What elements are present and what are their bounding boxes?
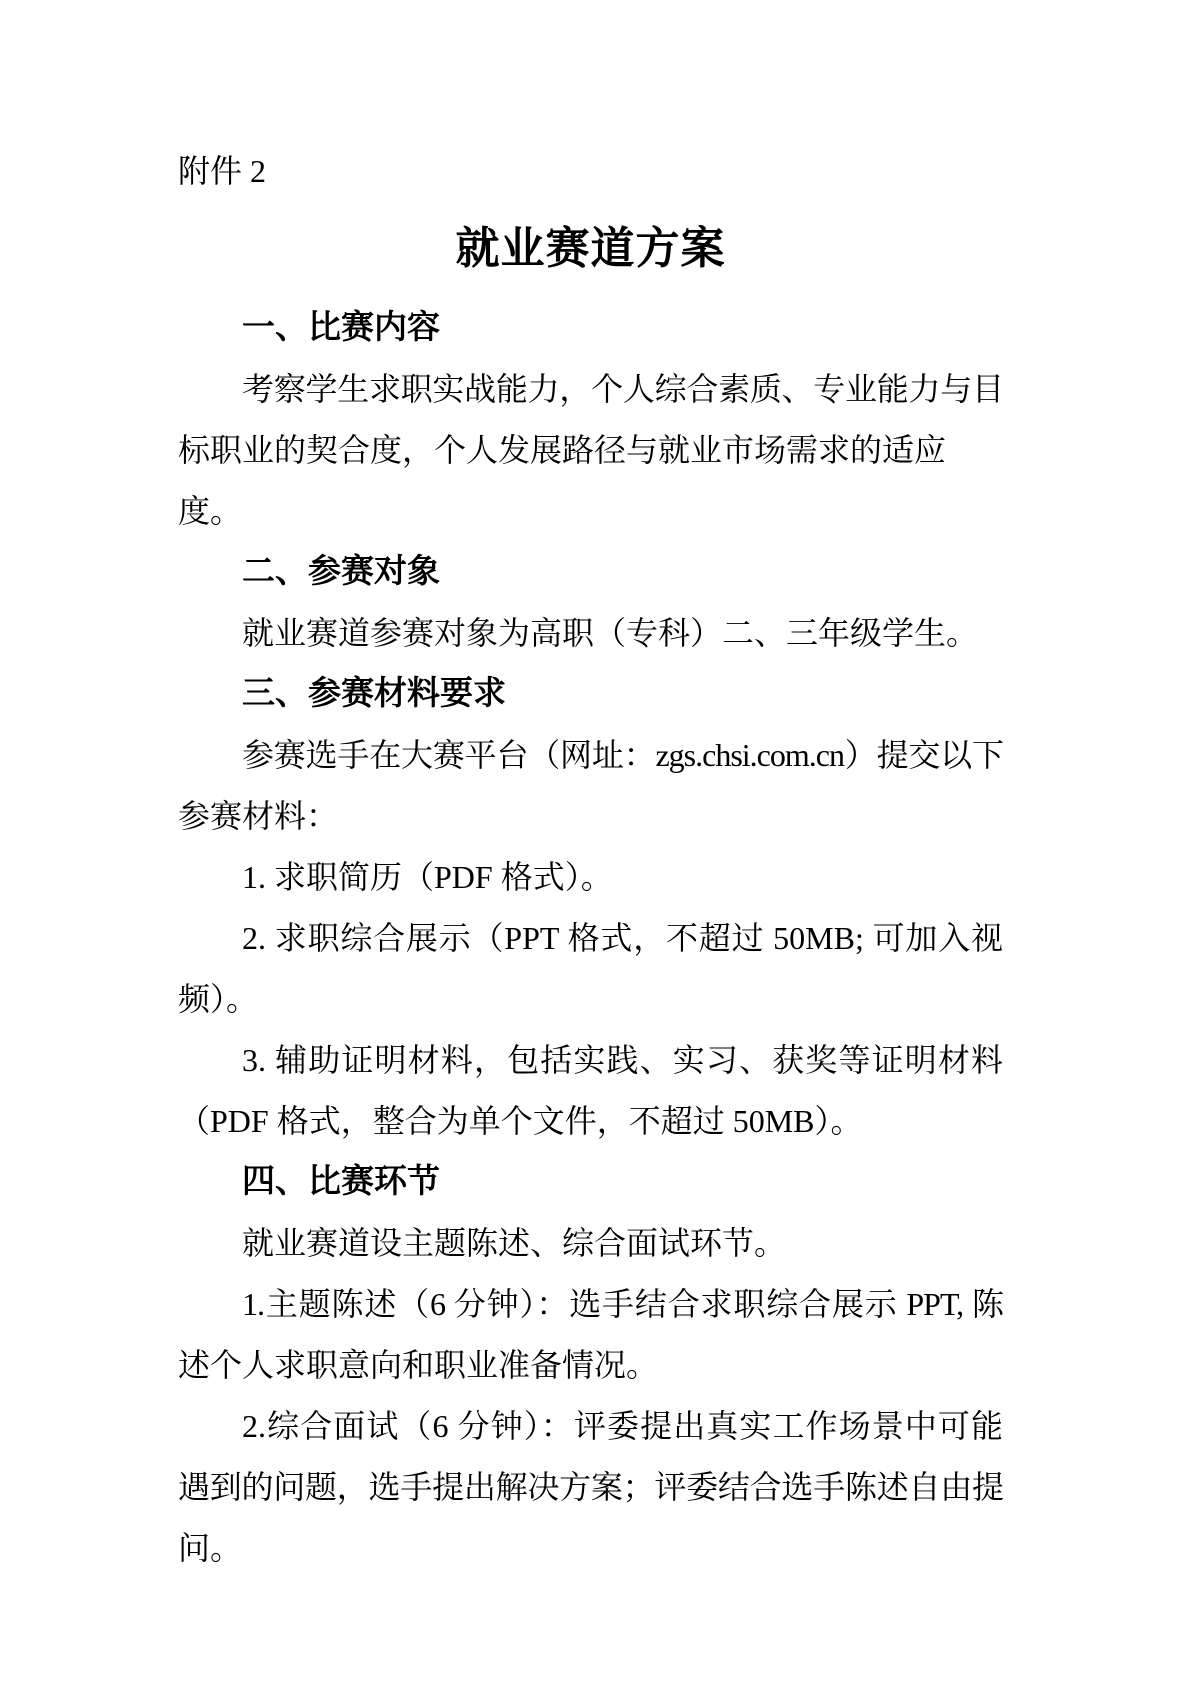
section-heading-1: 一、比赛内容	[178, 298, 1003, 359]
document-page: 附件 2 就业赛道方案 一、比赛内容 考察学生求职实战能力，个人综合素质、专业能…	[0, 0, 1191, 1684]
document-title: 就业赛道方案	[178, 209, 1003, 289]
section-heading-2: 二、参赛对象	[178, 542, 1003, 603]
body-line: 述个人求职意向和职业准备情况。	[178, 1335, 1003, 1396]
body-line: 参赛材料：	[178, 786, 1003, 847]
attachment-label: 附件 2	[178, 141, 1003, 202]
body-line: 就业赛道参赛对象为高职（专科）二、三年级学生。	[178, 603, 1003, 664]
section-heading-3: 三、参赛材料要求	[178, 664, 1003, 725]
body-line: 2.综合面试（6 分钟）：评委提出真实工作场景中可能	[178, 1396, 1003, 1457]
body-line: 3. 辅助证明材料，包括实践、实习、获奖等证明材料	[178, 1030, 1003, 1091]
body-line: （PDF 格式，整合为单个文件，不超过 50MB）。	[178, 1091, 1003, 1152]
section-heading-4: 四、比赛环节	[178, 1152, 1003, 1213]
document-content: 附件 2 就业赛道方案 一、比赛内容 考察学生求职实战能力，个人综合素质、专业能…	[178, 141, 1003, 1579]
body-line: 1.主题陈述（6 分钟）：选手结合求职综合展示 PPT, 陈	[178, 1274, 1003, 1335]
body-line: 考察学生求职实战能力，个人综合素质、专业能力与目	[178, 359, 1003, 420]
document-body: 一、比赛内容 考察学生求职实战能力，个人综合素质、专业能力与目 标职业的契合度，…	[178, 298, 1003, 1579]
body-line: 2. 求职综合展示（PPT 格式，不超过 50MB; 可加入视	[178, 908, 1003, 969]
body-line: 就业赛道设主题陈述、综合面试环节。	[178, 1213, 1003, 1274]
body-line: 遇到的问题，选手提出解决方案；评委结合选手陈述自由提	[178, 1457, 1003, 1518]
body-line: 问。	[178, 1518, 1003, 1579]
body-line: 标职业的契合度，个人发展路径与就业市场需求的适应度。	[178, 420, 1003, 542]
body-line: 参赛选手在大赛平台（网址：zgs.chsi.com.cn）提交以下	[178, 725, 1003, 786]
body-line: 频）。	[178, 969, 1003, 1030]
body-line: 1. 求职简历（PDF 格式）。	[178, 847, 1003, 908]
